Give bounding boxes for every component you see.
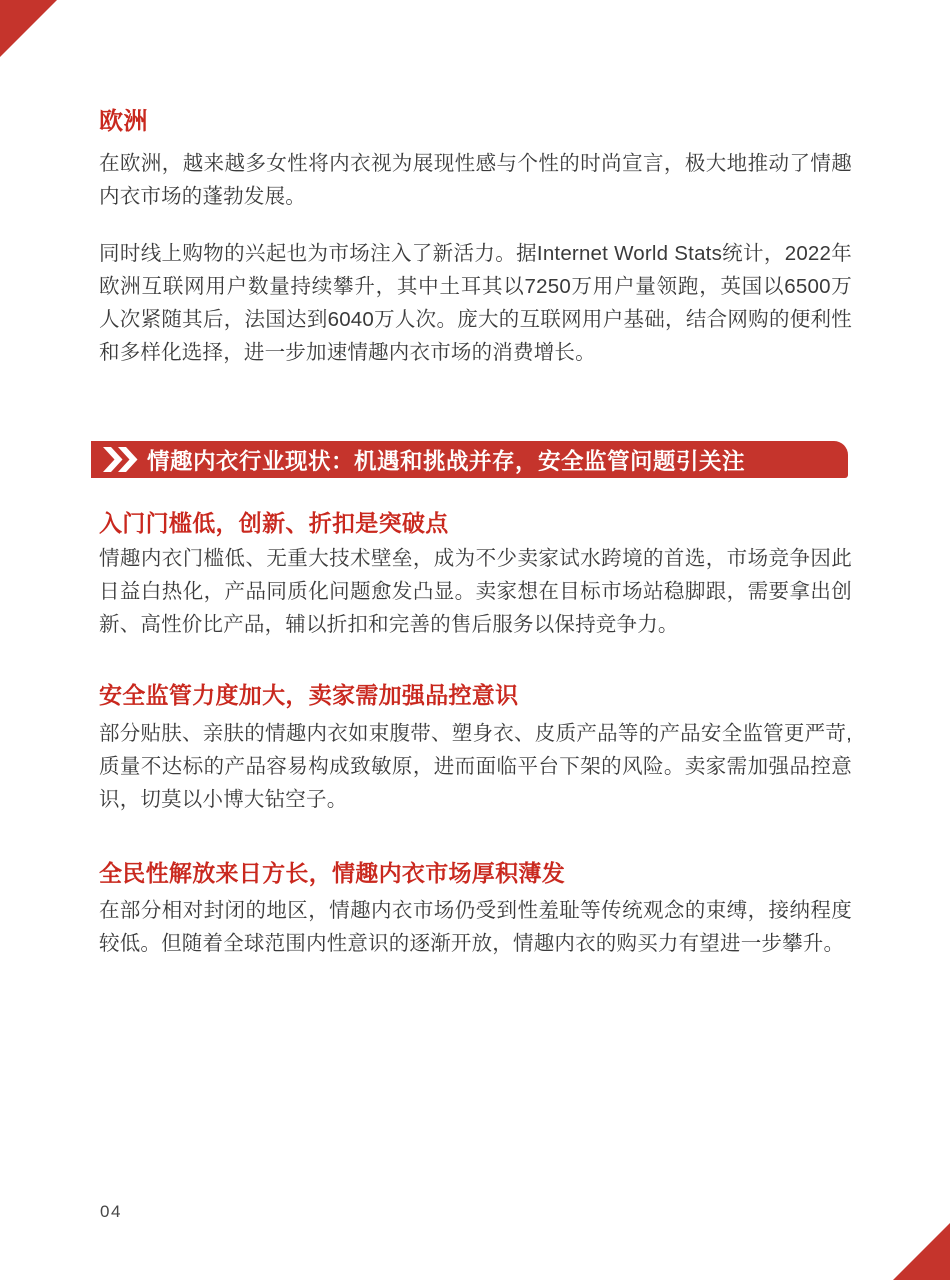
europe-section-heading: 欧洲 bbox=[99, 101, 852, 136]
paragraph-market-potential: 在部分相对封闭的地区，情趣内衣市场仍受到性羞耻等传统观念的束缚，接纳程度较低。但… bbox=[99, 894, 852, 960]
europe-paragraph-1: 在欧洲，越来越多女性将内衣视为展现性感与个性的时尚宣言，极大地推动了情趣内衣市场… bbox=[99, 147, 852, 213]
subheading-market-potential: 全民性解放来日方长，情趣内衣市场厚积薄发 bbox=[99, 855, 852, 888]
europe-paragraph-2: 同时线上购物的兴起也为市场注入了新活力。据Internet World Stat… bbox=[99, 237, 852, 369]
subheading-safety-regulation: 安全监管力度加大，卖家需加强品控意识 bbox=[99, 677, 852, 710]
report-page: 欧洲 在欧洲，越来越多女性将内衣视为展现性感与个性的时尚宣言，极大地推动了情趣内… bbox=[0, 0, 950, 1280]
double-chevron-right-icon bbox=[103, 447, 138, 472]
banner-title: 情趣内衣行业现状：机遇和挑战并存，安全监管问题引关注 bbox=[147, 444, 745, 476]
bottom-right-corner-triangle bbox=[893, 1223, 950, 1280]
subheading-entry-barrier: 入门门槛低，创新、折扣是突破点 bbox=[99, 505, 852, 538]
top-left-corner-triangle bbox=[0, 0, 57, 57]
paragraph-safety-regulation: 部分贴肤、亲肤的情趣内衣如束腹带、塑身衣、皮质产品等的产品安全监管更严苛,质量不… bbox=[99, 717, 852, 816]
industry-status-banner: 情趣内衣行业现状：机遇和挑战并存，安全监管问题引关注 bbox=[91, 441, 848, 478]
paragraph-entry-barrier: 情趣内衣门槛低、无重大技术壁垒，成为不少卖家试水跨境的首选，市场竞争因此日益白热… bbox=[99, 542, 852, 641]
page-number: 04 bbox=[100, 1202, 122, 1222]
